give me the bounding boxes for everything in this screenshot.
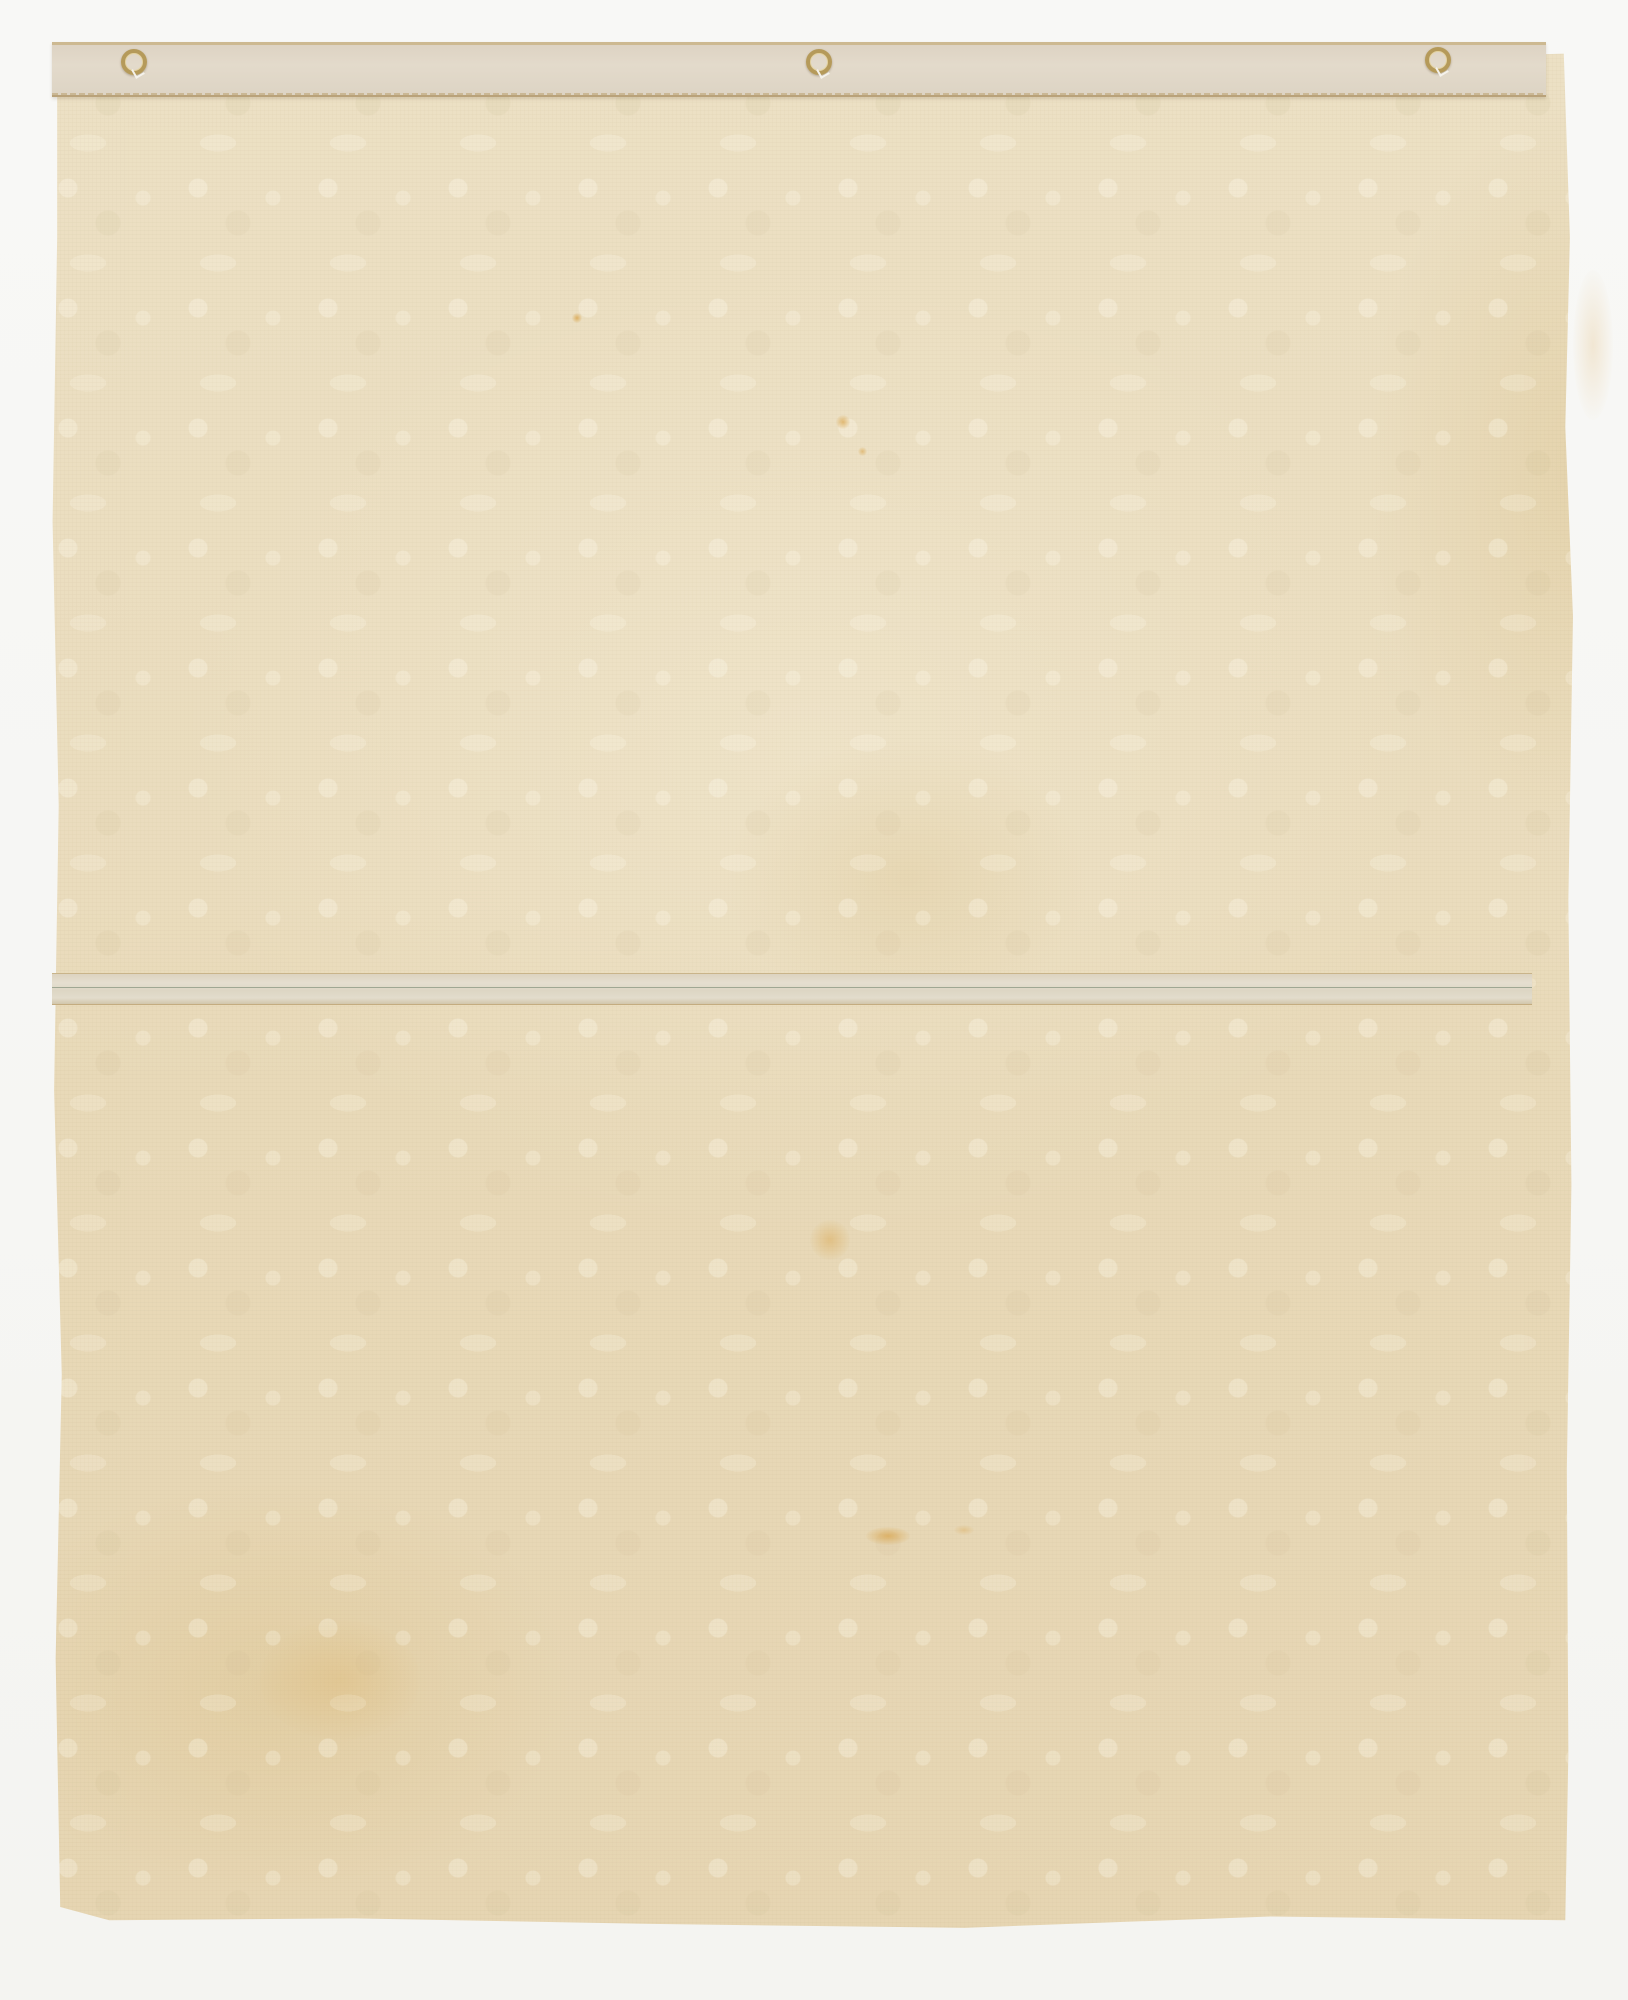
stain-mark	[1573, 270, 1613, 420]
hanging-sleeve	[52, 42, 1546, 97]
photo-backdrop	[0, 0, 1628, 2000]
seam-stitch-line	[52, 987, 1532, 988]
ring-icon	[1425, 47, 1451, 73]
horizontal-seam	[52, 973, 1532, 1005]
ring-icon	[806, 49, 832, 75]
sleeve-stitch-line	[52, 93, 1546, 95]
ring-icon	[121, 49, 147, 75]
